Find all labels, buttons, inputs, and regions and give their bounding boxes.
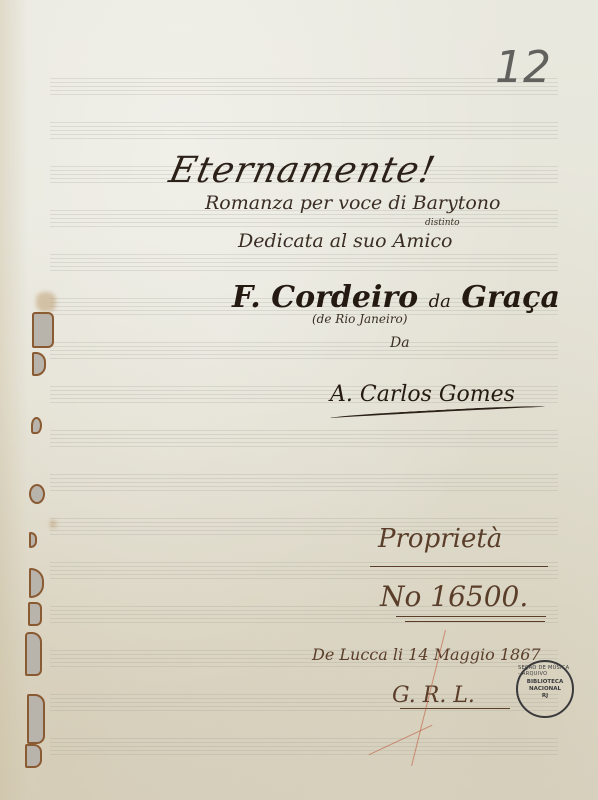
binding-damage — [28, 602, 42, 626]
binding-damage — [25, 632, 42, 676]
binding-damage — [32, 352, 46, 376]
property-label: Proprietà — [378, 524, 502, 554]
binding-damage — [27, 694, 45, 744]
foxing-stain — [36, 292, 56, 312]
binding-damage — [31, 417, 42, 434]
stamp-line: NACIONAL — [529, 686, 561, 693]
interlinear-note: distinto — [425, 218, 460, 228]
plate-number: No 16500. — [380, 580, 528, 613]
composer-name: A. Carlos Gomes — [330, 382, 515, 407]
initials: G. R. L. — [392, 683, 475, 708]
staff — [50, 78, 558, 94]
staff — [50, 254, 558, 270]
binding-damage — [29, 568, 44, 598]
divider-line — [396, 616, 546, 617]
dedicatee-particle: da — [429, 291, 451, 312]
place-date: De Lucca li 14 Maggio 1867 — [312, 645, 541, 664]
score-subtitle: Romanza per voce di Barytono — [205, 192, 500, 214]
staff — [50, 342, 558, 358]
manuscript-page: 12 Eternamente! Romanza per voce di Bary… — [0, 0, 598, 800]
dedication-line: Dedicata al suo Amico — [238, 230, 453, 252]
folio-number: 12 — [495, 42, 551, 93]
binding-damage — [32, 312, 54, 348]
foxing-stain — [50, 520, 56, 528]
dedicatee-surname: Graça — [461, 280, 560, 315]
staff — [50, 122, 558, 138]
dedicatee-name: Cordeiro — [271, 280, 418, 315]
page-edge-shadow — [0, 0, 28, 800]
staff — [50, 474, 558, 490]
score-title: Eternamente! — [166, 150, 439, 191]
stamp-line: RJ — [542, 693, 548, 700]
staff — [50, 738, 558, 754]
library-stamp: SEÇÃO DE MÚSICA - ARQUIVO BIBLIOTECA NAC… — [516, 660, 574, 718]
dedicatee-origin: (de Rio Janeiro) — [312, 312, 407, 326]
staff — [50, 430, 558, 446]
binding-damage — [29, 484, 45, 504]
stamp-ring-text: SEÇÃO DE MÚSICA - ARQUIVO — [518, 665, 572, 677]
staff — [50, 562, 558, 578]
binding-damage — [25, 744, 42, 768]
binding-damage — [29, 532, 37, 548]
dedicatee: F. Cordeiro da Graça — [232, 280, 560, 315]
divider-line — [370, 566, 548, 567]
dedicatee-initial: F. — [232, 280, 261, 315]
stamp-line: BIBLIOTECA — [527, 679, 563, 686]
divider-line — [405, 621, 545, 622]
divider-line — [400, 708, 510, 709]
by-label: Da — [390, 335, 410, 351]
